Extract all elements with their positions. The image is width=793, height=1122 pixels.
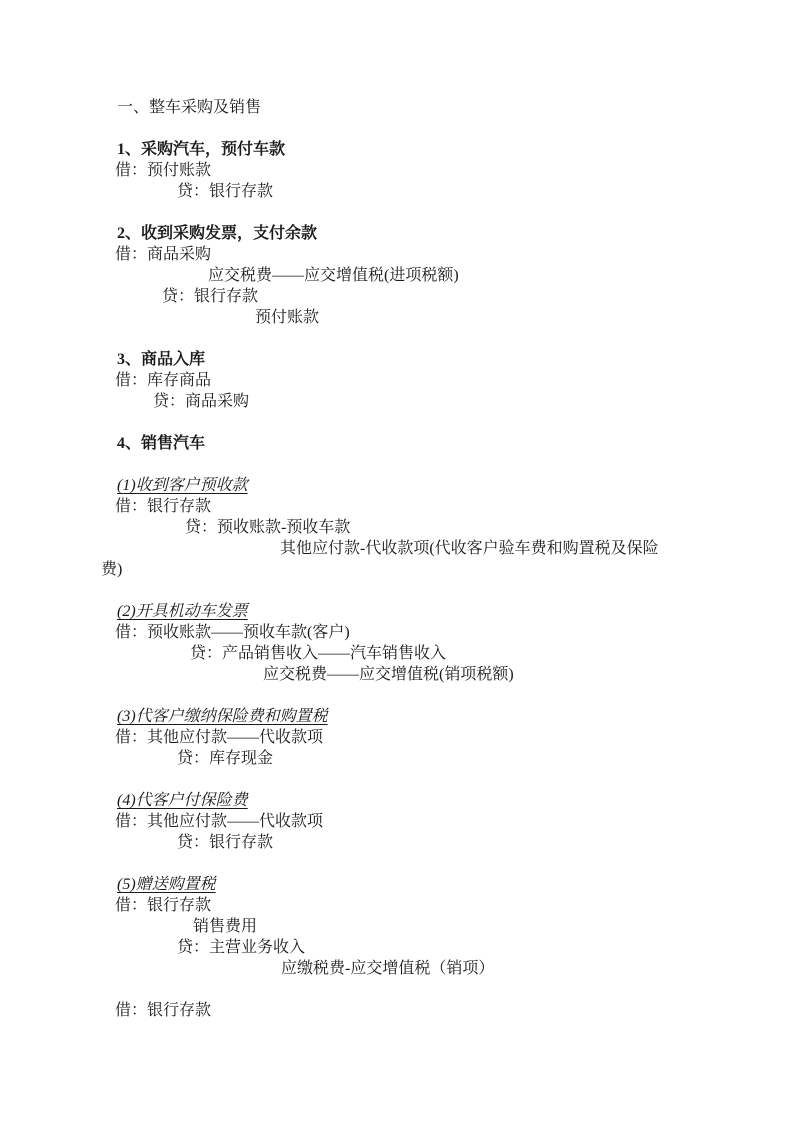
entry-debit: 借：银行存款 [101,895,701,916]
section-heading-4: 4、销售汽车 [101,433,701,454]
blank-line [101,769,701,790]
section-heading-3: 3、商品入库 [101,349,701,370]
entry-credit: 贷：库存现金 [101,748,701,769]
entry-credit: 贷：银行存款 [101,286,701,307]
blank-line [101,454,701,475]
entry-debit: 借：预付账款 [101,160,701,181]
entry-debit: 借：库存商品 [101,370,701,391]
entry-debit: 借：其他应付款——代收款项 [101,811,701,832]
section-heading-1: 1、采购汽车，预付车款 [101,139,701,160]
entry-debit: 借：银行存款 [101,496,701,517]
entry-debit-detail: 应交税费——应交增值税(进项税额) [101,265,701,286]
blank-line [101,580,701,601]
blank-line [101,202,701,223]
entry-credit: 贷：产品销售收入——汽车销售收入 [101,643,701,664]
entry-debit-detail: 销售费用 [101,916,701,937]
document-body: 一、整车采购及销售1、采购汽车，预付车款借：预付账款贷：银行存款2、收到采购发票… [101,97,701,1021]
entry-credit: 贷：商品采购 [101,391,701,412]
entry-credit-detail-wrap: 费) [101,559,701,580]
section-heading-2: 2、收到采购发票，支付余款 [101,223,701,244]
blank-line [101,412,701,433]
blank-line [101,853,701,874]
blank-line [101,979,701,1000]
entry-credit: 贷：预收账款-预收车款 [101,517,701,538]
entry-credit-detail: 应交税费——应交增值税(销项税额) [101,664,701,685]
doc-title: 一、整车采购及销售 [101,97,701,118]
entry-credit-detail: 应缴税费-应交增值税（销项） [101,958,701,979]
subsection-heading-5: (5)赠送购置税 [101,874,701,895]
entry-credit: 贷：银行存款 [101,832,701,853]
entry-debit: 借：银行存款 [101,1000,701,1021]
subsection-heading-1: (1)收到客户预收款 [101,475,701,496]
entry-credit-detail: 其他应付款-代收款项(代收客户验车费和购置税及保险 [101,538,701,559]
entry-debit: 借：商品采购 [101,244,701,265]
subsection-heading-4: (4)代客户付保险费 [101,790,701,811]
entry-credit: 贷：银行存款 [101,181,701,202]
document-page: 一、整车采购及销售1、采购汽车，预付车款借：预付账款贷：银行存款2、收到采购发票… [0,0,793,1122]
entry-credit-detail: 预付账款 [101,307,701,328]
blank-line [101,328,701,349]
entry-debit: 借：其他应付款——代收款项 [101,727,701,748]
entry-credit: 贷：主营业务收入 [101,937,701,958]
blank-line [101,685,701,706]
subsection-heading-2: (2)开具机动车发票 [101,601,701,622]
entry-debit: 借：预收账款——预收车款(客户) [101,622,701,643]
subsection-heading-3: (3)代客户缴纳保险费和购置税 [101,706,701,727]
blank-line [101,118,701,139]
